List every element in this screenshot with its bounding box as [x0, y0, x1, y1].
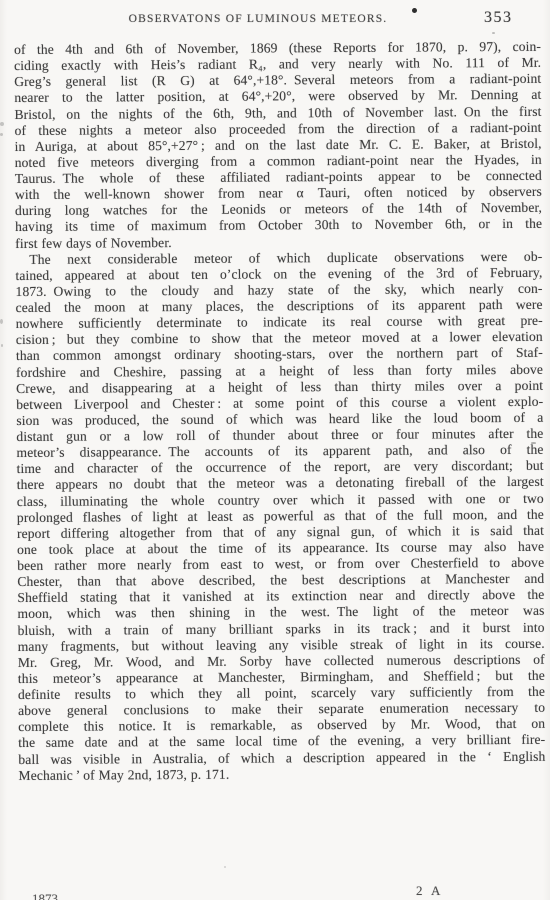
scanned-page: OBSERVATONS OF LUMINOUS METEORS. 353 of …	[0, 0, 550, 900]
body-text: of the 4th and 6th of November, 1869 (th…	[14, 39, 546, 784]
page-number: 353	[484, 9, 513, 27]
scan-smudge	[492, 32, 495, 34]
scan-smudge	[0, 122, 4, 126]
scan-smudge	[0, 133, 3, 136]
ink-speck-icon	[412, 8, 417, 13]
text-line: having its time of maximum from October …	[15, 216, 542, 235]
scan-smudge	[1, 344, 3, 347]
scan-smudge	[0, 319, 3, 324]
scan-smudge	[531, 442, 536, 444]
text-line: Mechanic ’ of May 2nd, 1873, p. 171.	[18, 764, 545, 783]
text-line: ball was visible in Australia, of which …	[18, 748, 545, 767]
running-title: OBSERVATONS OF LUMINOUS METEORS.	[0, 13, 533, 25]
footer-year: 1873	[32, 891, 58, 900]
scan-smudge	[224, 866, 226, 868]
footer-signature-mark: 2 A	[416, 883, 443, 899]
